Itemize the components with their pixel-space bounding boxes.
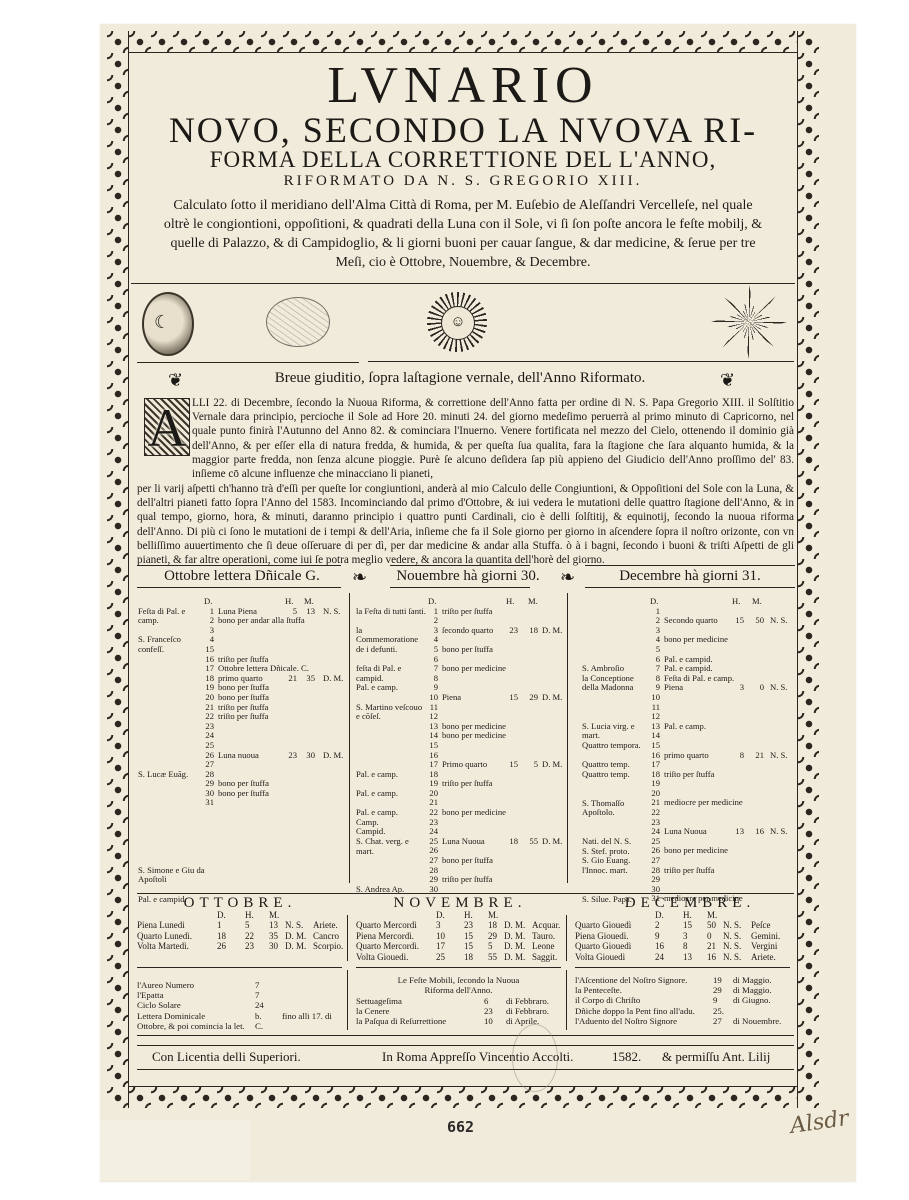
- lunar-tag: D. M.: [504, 920, 525, 930]
- later-month: di Giugno.: [733, 995, 771, 1005]
- saint-feast-label: Pal. e camp.: [356, 789, 426, 799]
- lunar-h: 15: [683, 920, 692, 930]
- lunar-m: 30: [269, 941, 278, 951]
- lunar-d: 3: [436, 920, 441, 930]
- lunar-m: 21: [707, 941, 716, 951]
- calendar-nouembre: D.H.M. 1triſto per ſtuffa23ſecondo quart…: [356, 597, 562, 894]
- day-event: bono per medicine: [442, 808, 506, 818]
- lunar-tag: D. M.: [285, 941, 306, 951]
- column-divider: [347, 915, 348, 961]
- lunar-h: 22: [245, 931, 254, 941]
- judgment-heading: Breue giuditio, ſopra laſtagione vernale…: [220, 370, 700, 387]
- saint-feast-label: la Feſta di tutti ſanti.: [356, 607, 426, 617]
- later-day: 29: [713, 985, 722, 995]
- saint-feast-label: S. Lucia virg. e mart.: [582, 722, 652, 741]
- lunar-phase-row: Quarto Giouedì21550N. S.Peſce: [575, 920, 790, 930]
- calendar-day-row: 14bono per medicine: [356, 731, 562, 741]
- lunar-m: 13: [269, 920, 278, 930]
- title-line-2: NOVO, SECONDO LA NVOVA RI-: [131, 110, 795, 150]
- computus-row: Ciclo Solare24: [137, 1000, 342, 1010]
- calendar-day-row: 24: [138, 731, 344, 741]
- lunar-h: 13: [683, 952, 692, 962]
- day-event: triſto per ſtuffa: [664, 770, 714, 780]
- lunar-phase: Quarto Giouedì: [575, 941, 631, 951]
- lunar-sign: Leone: [532, 941, 555, 951]
- computus-value: 7: [255, 980, 259, 990]
- calendar-day-row: 15: [356, 741, 562, 751]
- divider-rule: [137, 1035, 794, 1036]
- saint-feast-label: feſta di Pal. e campid.: [356, 664, 426, 683]
- column-divider: [567, 593, 568, 883]
- day-event: bono per medicine: [442, 664, 506, 674]
- lunar-h: 18: [464, 952, 473, 962]
- movable-row: Settuageſima6di Febbraro.: [356, 996, 561, 1006]
- event-minute: 55: [524, 837, 538, 847]
- event-hour: 13: [730, 827, 744, 837]
- lunar-phase-row: Piena Giouedì.930N. S.Gemini.: [575, 931, 790, 941]
- later-row: il Corpo di Chriſto9di Giugno.: [575, 995, 790, 1005]
- event-time-tag: D. M.: [542, 693, 562, 703]
- lunar-d: 10: [436, 931, 445, 941]
- movable-month: di Febbraro.: [506, 1006, 549, 1016]
- col-header-hour: H.: [464, 910, 473, 920]
- col-header-day: D.: [655, 910, 664, 920]
- later-row: Dñiche doppo la Pent fino all'adu.25.: [575, 1006, 790, 1016]
- saint-feast-label: S. Lucæ Euāg.: [138, 770, 208, 780]
- movable-month: di Febbraro.: [506, 996, 549, 1006]
- computus-value: C.: [255, 1021, 263, 1031]
- event-minute: 30: [301, 751, 315, 761]
- lunar-table-decembre: D.H.M.Quarto Giouedì21550N. S.PeſcePiena…: [575, 910, 790, 962]
- lunar-d: 24: [655, 952, 664, 962]
- divider-rule: [390, 587, 530, 588]
- day-event: triſto per ſtuffa: [664, 866, 714, 876]
- calendar-day-row: 10: [582, 693, 792, 703]
- sun-face-icon: ☺: [427, 285, 487, 359]
- day-event: triſto per ſtuffa: [218, 712, 268, 722]
- fleuron-icon: ❦: [720, 371, 735, 389]
- saint-feast-label: S. Simone e Giu da Apoſtoli: [138, 866, 208, 885]
- saint-feast-label: S. Franceſco confeſſ.: [138, 635, 208, 654]
- lunar-phase: Quarto Giouedì: [575, 920, 631, 930]
- lunar-tag: N. S.: [723, 931, 741, 941]
- event-time-tag: D. M.: [542, 837, 562, 847]
- event-time-tag: D. M.: [542, 760, 562, 770]
- day-event: ſecondo quarto: [442, 626, 493, 636]
- lunar-m: 55: [488, 952, 497, 962]
- computus-label: l'Aureo Numero: [137, 980, 194, 990]
- lunar-phase: Piena Lunedi: [137, 920, 185, 930]
- lunar-phase: Piena Giouedì.: [575, 931, 629, 941]
- lunar-sign: Ariete.: [751, 952, 776, 962]
- later-row: l'Aduento del Noſtro Signore27di Nouembr…: [575, 1016, 790, 1026]
- event-hour: 21: [283, 674, 297, 684]
- saint-feast-label: Pal. e camp.: [356, 770, 426, 780]
- saint-feast-label: S. Thomaſſo Apoſtolo.: [582, 799, 652, 818]
- day-event: bono per medicine: [442, 731, 506, 741]
- day-event: bono per ſtuffa: [218, 789, 269, 799]
- lunar-sign: Saggit.: [532, 952, 557, 962]
- lunar-d: 18: [217, 931, 226, 941]
- lunar-header-row: D.H.M.: [137, 910, 342, 920]
- day-event: triſto per ſtuffa: [442, 875, 492, 885]
- day-event: Pal. e camp.: [664, 722, 706, 732]
- lunar-phase-row: Piena Mercordì.101529D. M.Tauro.: [356, 931, 561, 941]
- lunar-phase: Quarto Mercordì.: [356, 941, 419, 951]
- computus-value: 24: [255, 1000, 264, 1010]
- lunar-sign: Vergini: [751, 941, 777, 951]
- lunar-header-row: D.H.M.: [575, 910, 790, 920]
- month-heading-nouembre: Nouembre hà giorni 30.: [378, 566, 558, 586]
- divider-rule: [137, 893, 794, 894]
- event-hour: 3: [730, 683, 744, 693]
- lunar-phase: Volta Giouedì: [575, 952, 625, 962]
- calendar-day-row: 31: [138, 798, 344, 808]
- lunar-m: 0: [707, 931, 712, 941]
- calendar-day-row: 29: [582, 875, 792, 885]
- later-row: la Penteceſte.29di Maggio.: [575, 985, 790, 995]
- lunar-tag: D. M.: [504, 931, 525, 941]
- divider-rule: [131, 283, 795, 284]
- calendar-day-row: 22triſto per ſtuffa: [138, 712, 344, 722]
- ornamental-border-left: [107, 31, 129, 1108]
- event-hour: 23: [283, 751, 297, 761]
- event-time-tag: N. S.: [770, 683, 787, 693]
- saint-feast-label: l'Innoc. mart.: [582, 866, 652, 876]
- lunar-d: 9: [655, 931, 660, 941]
- lunar-h: 23: [245, 941, 254, 951]
- lunar-sign: Peſce: [751, 920, 771, 930]
- event-hour: 15: [504, 760, 518, 770]
- computus-label: Ottobre, & poi comincia la let.: [137, 1021, 245, 1031]
- lunar-table-nouembre: D.H.M.Quarto Mercordì32318D. M.Acquar.Pi…: [356, 910, 561, 962]
- calendar-day-row: 30bono per ſtuffa: [138, 789, 344, 799]
- event-time-tag: D. M.: [542, 626, 562, 636]
- event-hour: 18: [504, 837, 518, 847]
- event-minute: 21: [750, 751, 764, 761]
- event-time-tag: N. S.: [770, 751, 787, 761]
- folio-number: 662: [447, 1118, 474, 1136]
- lunar-d: 25: [436, 952, 445, 962]
- movable-label: Settuageſima: [356, 996, 402, 1006]
- computus-label: Lettera Dominicale: [137, 1011, 205, 1021]
- fleuron-icon: ❦: [168, 371, 183, 389]
- movable-row: la Cenere23di Febbraro.: [356, 1006, 561, 1016]
- computus-note: fino alli 17. di: [282, 1011, 332, 1021]
- imprint-printer: In Roma Appreſſo Vincentio Accolti.: [382, 1048, 573, 1066]
- event-minute: 35: [301, 674, 315, 684]
- event-time-tag: N. S.: [770, 616, 787, 626]
- calendar-day-row: 27bono per ſtuffa: [356, 856, 562, 866]
- later-day: 19: [713, 975, 722, 985]
- day-event: Luna Nuoua: [664, 827, 707, 837]
- library-stamp-icon: [266, 297, 330, 347]
- event-minute: 5: [524, 760, 538, 770]
- imprint-license: Con Licentia delli Superiori.: [152, 1048, 301, 1066]
- title-main: LVNARIO: [131, 58, 795, 114]
- event-hour: 15: [504, 693, 518, 703]
- lunar-phase: Volta Giouedì.: [356, 952, 408, 962]
- column-divider: [347, 970, 348, 1030]
- drop-cap: A: [144, 398, 190, 456]
- fleuron-icon: ❧: [352, 568, 367, 586]
- col-header-minute: M.: [269, 910, 279, 920]
- divider-rule: [368, 361, 794, 362]
- lunar-h: 5: [245, 920, 250, 930]
- saint-feast-label: S. Martino veſcouo e cōſeſ.: [356, 703, 426, 722]
- computus-row: Ottobre, & poi comincia la let.C.: [137, 1021, 342, 1031]
- day-event: Secondo quarto: [664, 616, 718, 626]
- day-event: Luna nuoua: [218, 751, 259, 761]
- event-minute: 50: [750, 616, 764, 626]
- paper-mount-corner: [100, 1120, 250, 1180]
- day-event: Piena: [664, 683, 683, 693]
- col-header-day: D.: [436, 910, 445, 920]
- day-number: 31: [200, 798, 214, 808]
- ornamental-border-right: [797, 31, 819, 1108]
- divider-rule: [575, 967, 790, 968]
- col-header-hour: H.: [245, 910, 254, 920]
- imprint-permission: & permiſſu Ant. Lilij: [662, 1048, 770, 1066]
- lunar-tag: N. S.: [723, 952, 741, 962]
- movable-day: 10: [484, 1016, 493, 1026]
- later-label: il Corpo di Chriſto: [575, 995, 640, 1005]
- subtitle-paragraph: Calculato ſotto il meridiano dell'Alma C…: [160, 196, 766, 272]
- lunar-tag: N. S.: [723, 941, 741, 951]
- event-hour: 15: [730, 616, 744, 626]
- event-time-tag: N. S.: [323, 607, 340, 617]
- computus-label: l'Epatta: [137, 990, 164, 1000]
- saint-feast-label: Quattro tempora.: [582, 741, 652, 751]
- divider-rule: [356, 967, 561, 968]
- fleuron-icon: ❧: [560, 568, 575, 586]
- woodcut-row: ☾ ☺: [131, 285, 795, 360]
- event-hour: 8: [730, 751, 744, 761]
- moon-face-icon: ☾: [142, 292, 194, 356]
- day-event: primo quarto: [664, 751, 709, 761]
- movable-day: 6: [484, 996, 488, 1006]
- judgment-body: per li varij aſpetti ch'hanno trà d'eſſi…: [137, 482, 794, 567]
- lunar-phase-row: Quarto Mercordì32318D. M.Acquar.: [356, 920, 561, 930]
- computus-value: b.: [255, 1011, 262, 1021]
- divider-rule: [137, 1045, 794, 1046]
- day-event: bono per medicine: [664, 635, 728, 645]
- lunar-m: 35: [269, 931, 278, 941]
- movable-feasts-table: Settuageſima6di Febbraro.la Cenere23di F…: [356, 996, 561, 1027]
- movable-feasts-heading: Le Feſte Mobili, ſecondo la Nuoua Riform…: [356, 975, 561, 995]
- lunar-m: 18: [488, 920, 497, 930]
- calendar-day-row: 4bono per medicine: [582, 635, 792, 645]
- lunar-tag: N. S.: [723, 920, 741, 930]
- divider-rule: [137, 1069, 794, 1070]
- lunar-tag: D. M.: [504, 941, 525, 951]
- later-month: di Maggio.: [733, 975, 772, 985]
- column-divider: [566, 970, 567, 1030]
- day-event: bono per ſtuffa: [442, 645, 493, 655]
- day-event: bono per andar alla ſtuffa: [218, 616, 305, 626]
- lunar-m: 16: [707, 952, 716, 962]
- lunar-table-ottobre: D.H.M.Piena Lunedi1513N. S.Ariete.Quarto…: [137, 910, 342, 952]
- day-event: mediocre per medicine: [664, 798, 743, 808]
- ornamental-border-top: [107, 31, 819, 53]
- later-month: di Maggio.: [733, 985, 772, 995]
- later-label: l'Aduento del Noſtro Signore: [575, 1016, 677, 1026]
- col-header-minute: M.: [488, 910, 498, 920]
- lunar-d: 26: [217, 941, 226, 951]
- lunar-sign: Tauro.: [532, 931, 555, 941]
- calendar-day-row: 11: [582, 703, 792, 713]
- lunar-m: 50: [707, 920, 716, 930]
- day-event: triſto per ſtuffa: [442, 607, 492, 617]
- col-header-hour: H.: [683, 910, 692, 920]
- col-header-day: D.: [217, 910, 226, 920]
- event-minute: 16: [750, 827, 764, 837]
- event-hour: 23: [504, 626, 518, 636]
- computus-row: Lettera Dominicaleb.fino alli 17. di: [137, 1011, 342, 1021]
- computus-label: Ciclo Solare: [137, 1000, 181, 1010]
- later-label: Dñiche doppo la Pent fino all'adu.: [575, 1006, 695, 1016]
- lunar-d: 17: [436, 941, 445, 951]
- lunar-phase: Quarto Mercordì: [356, 920, 417, 930]
- judgment-body-indented: LLI 22. di Decembre, ſecondo la Nuoua Ri…: [192, 396, 794, 481]
- lunar-tag: D. M.: [285, 931, 306, 941]
- saint-feast-label: S. Chat. verg. e mart.: [356, 837, 426, 856]
- lunar-h: 23: [464, 920, 473, 930]
- calendar-day-row: 2Secondo quarto1550N. S.: [582, 616, 792, 626]
- day-event: Piena: [442, 693, 461, 703]
- movable-label: la Cenere: [356, 1006, 389, 1016]
- calendar-day-row: 19: [582, 779, 792, 789]
- calendar-day-row: 26Luna nuoua2330D. M.: [138, 751, 344, 761]
- event-time-tag: D. M.: [323, 751, 343, 761]
- computus-value: 7: [255, 990, 259, 1000]
- col-header-minute: M.: [707, 910, 717, 920]
- lunar-phase: Piena Mercordì.: [356, 931, 414, 941]
- lunar-tag: N. S.: [285, 920, 303, 930]
- lunar-m: 5: [488, 941, 493, 951]
- divider-rule: [585, 587, 795, 588]
- movable-day: 23: [484, 1006, 493, 1016]
- lunar-phase: Quarto Lunedì.: [137, 931, 192, 941]
- event-minute: 18: [524, 626, 538, 636]
- column-divider: [566, 915, 567, 961]
- lunar-h: 15: [464, 941, 473, 951]
- saint-feast-label: la Conceptione della Madonna: [582, 674, 652, 693]
- lunar-d: 16: [655, 941, 664, 951]
- later-label: la Penteceſte.: [575, 985, 622, 995]
- lunar-phase-row: Quarto Lunedì.182235D. M.Cancro: [137, 931, 342, 941]
- lunar-phase-row: Quarto Giouedì16821N. S.Vergini: [575, 941, 790, 951]
- lunar-phase: Volta Martedì.: [137, 941, 189, 951]
- lunar-phase-row: Quarto Mercordì.17155D. M.Leone: [356, 941, 561, 951]
- saint-feast-label: Pal. e camp.: [356, 683, 426, 693]
- lunar-h: 3: [683, 931, 688, 941]
- divider-rule: [137, 362, 359, 363]
- divider-rule: [137, 587, 341, 588]
- saint-feast-label: Feſta di Pal. e camp.: [138, 607, 208, 626]
- lunar-phase-row: Volta Martedì.262330D. M.Scorpio.: [137, 941, 342, 951]
- day-event: bono per medicine: [664, 846, 728, 856]
- lunar-d: 2: [655, 920, 660, 930]
- movable-label: la Paſqua di Reſurrettione: [356, 1016, 446, 1026]
- day-event: bono per ſtuffa: [442, 856, 493, 866]
- event-minute: 29: [524, 693, 538, 703]
- lunar-m: 29: [488, 931, 497, 941]
- lunar-h: 15: [464, 931, 473, 941]
- month-heading-ottobre: Ottobre lettera Dñicale G.: [137, 566, 347, 586]
- later-day: 9: [713, 995, 717, 1005]
- calendar-decembre: D.H.M. 12Secondo quarto1550N. S.34bono p…: [582, 597, 792, 904]
- computus-table: l'Aureo Numero7l'Epatta7Ciclo Solare24Le…: [137, 980, 342, 1031]
- later-day: 27: [713, 1016, 722, 1026]
- lunar-sign: Cancro: [313, 931, 339, 941]
- lunar-sign: Ariete.: [313, 920, 338, 930]
- ornamental-border-bottom: [107, 1086, 819, 1108]
- title-line-3: FORMA DELLA CORRETTIONE DEL L'ANNO,: [131, 146, 795, 174]
- divider-rule: [137, 967, 342, 968]
- lunar-h: 8: [683, 941, 688, 951]
- lunar-sign: Scorpio.: [313, 941, 343, 951]
- saint-feast-label: la Commemoratione de i defunti.: [356, 626, 426, 655]
- saint-feast-label: Quattro temp.: [582, 770, 652, 780]
- event-minute: 0: [750, 683, 764, 693]
- lunar-d: 1: [217, 920, 222, 930]
- lunar-phase-row: Piena Lunedi1513N. S.Ariete.: [137, 920, 342, 930]
- lunar-tag: D. M.: [504, 952, 525, 962]
- day-event: Luna Nuoua: [442, 837, 485, 847]
- later-feasts-table: l'Aſcentione del Noſtro Signore.19di Mag…: [575, 975, 790, 1026]
- later-month: di Nouembre.: [733, 1016, 781, 1026]
- event-time-tag: N. S.: [770, 827, 787, 837]
- lunar-phase-row: Volta Giouedì.251855D. M.Saggit.: [356, 952, 561, 962]
- column-divider: [349, 593, 350, 883]
- day-event: Primo quarto: [442, 760, 487, 770]
- lunar-sign: Gemini.: [751, 931, 780, 941]
- title-line-4: RIFORMATO DA N. S. GREGORIO XIII.: [131, 171, 795, 191]
- later-day: 25.: [713, 1006, 724, 1016]
- lunar-sign: Acquar.: [532, 920, 560, 930]
- lunar-header-row: D.H.M.: [356, 910, 561, 920]
- later-row: l'Aſcentione del Noſtro Signore.19di Mag…: [575, 975, 790, 985]
- event-time-tag: D. M.: [323, 674, 343, 684]
- lunar-phase-row: Volta Giouedì241316N. S.Ariete.: [575, 952, 790, 962]
- calendar-day-row: 23: [138, 722, 344, 732]
- calendar-ottobre: D.H.M. 1Luna Piena513N. S.2bono per anda…: [138, 597, 344, 808]
- computus-row: l'Aureo Numero7: [137, 980, 342, 990]
- later-label: l'Aſcentione del Noſtro Signore.: [575, 975, 688, 985]
- month-heading-decembre: Decembre hà giorni 31.: [585, 566, 795, 586]
- computus-row: l'Epatta7: [137, 990, 342, 1000]
- day-event: triſto per ſtuffa: [442, 779, 492, 789]
- imprint-year: 1582.: [612, 1048, 641, 1066]
